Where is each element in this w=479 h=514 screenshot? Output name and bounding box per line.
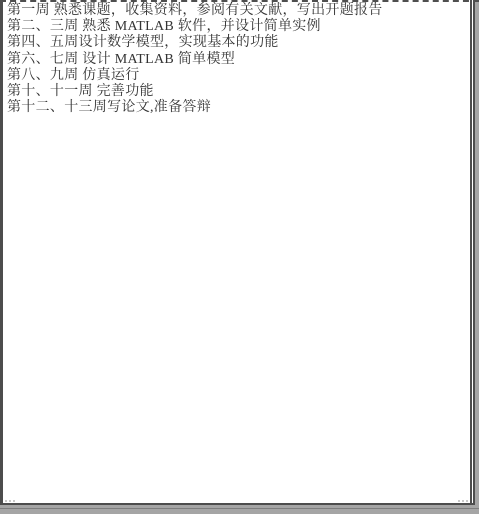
schedule-line: 第十二、十三周写论文,准备答辩: [7, 100, 465, 116]
page-right-inner-border: [470, 0, 472, 503]
schedule-line: 第八、九周 仿真运行: [7, 68, 465, 84]
schedule-text-block: 第一周 熟悉课题，收集资料，参阅有关文献，写出开题报告 第二、三周 熟悉 MAT…: [7, 3, 465, 116]
document-page: 第一周 熟悉课题，收集资料，参阅有关文献，写出开题报告 第二、三周 熟悉 MAT…: [0, 0, 475, 505]
document-viewport: 第一周 熟悉课题，收集资料，参阅有关文献，写出开题报告 第二、三周 熟悉 MAT…: [0, 0, 479, 514]
schedule-line: 第四、五周设计数学模型，实现基本的功能: [7, 35, 465, 51]
dash-artifact-bottom-left: [5, 500, 16, 502]
dash-artifact-bottom-right: [458, 500, 469, 502]
page-top-dashed-border: [0, 0, 479, 2]
outer-margin-line: [0, 508, 479, 509]
schedule-line: 第十、十一周 完善功能: [7, 84, 465, 100]
schedule-line: 第六、七周 设计 MATLAB 简单模型: [7, 52, 465, 68]
schedule-line: 第一周 熟悉课题，收集资料，参阅有关文献，写出开题报告: [7, 3, 465, 19]
schedule-line: 第二、三周 熟悉 MATLAB 软件，并设计简单实例: [7, 19, 465, 35]
